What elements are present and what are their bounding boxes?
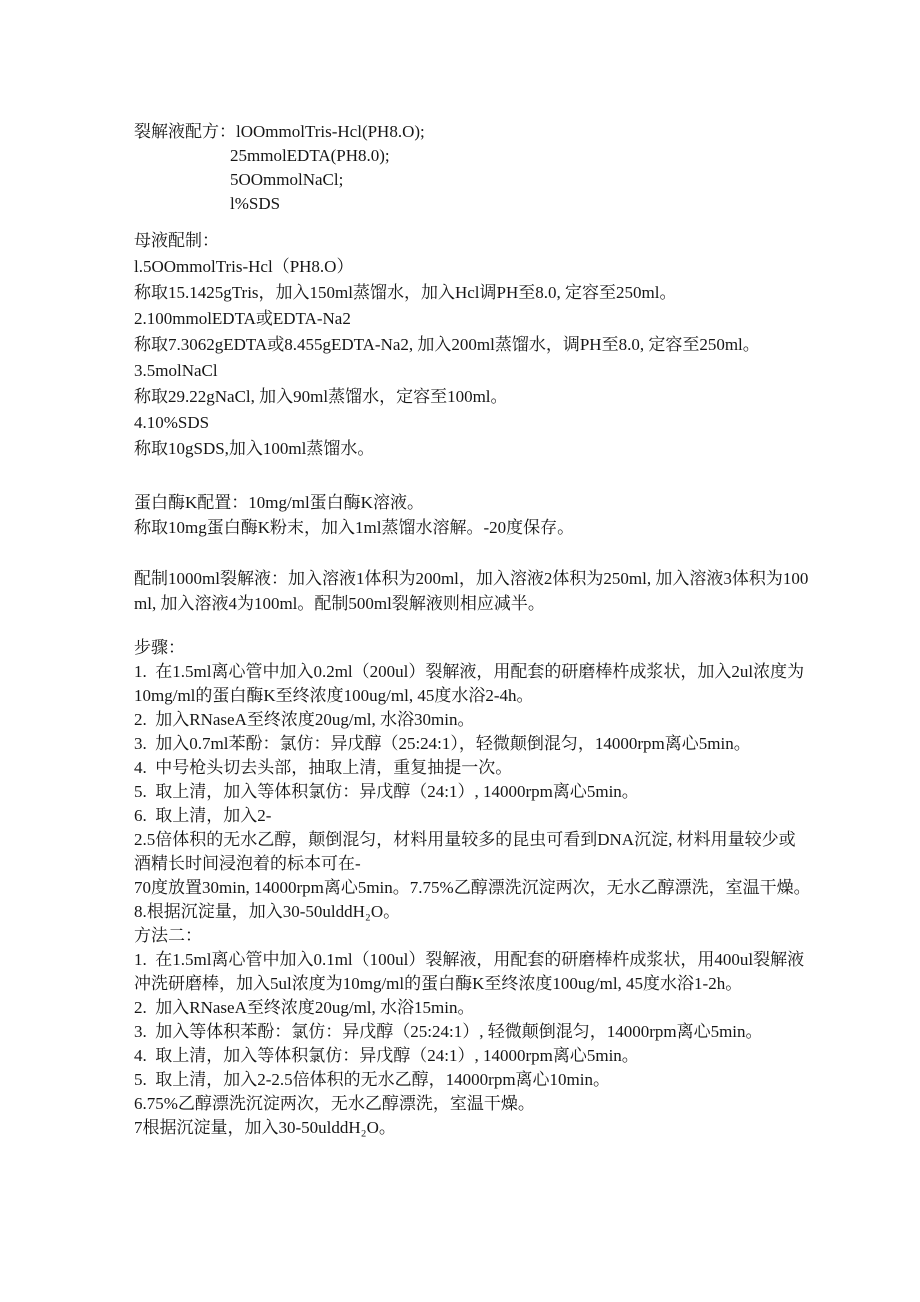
document-page: 裂解液配方：lOOmmolTris-Hcl(PH8.O); 25mmolEDTA… xyxy=(0,0,920,1302)
doc-line: 7根据沉淀量，加入30-50ulddH₂O。 xyxy=(134,1116,920,1140)
doc-line: 1. 在1.5ml离心管中加入0.2ml（200ul）裂解液，用配套的研磨棒杵成… xyxy=(134,660,920,684)
doc-line: ml, 加入溶液4为100ml。配制500ml裂解液则相应减半。 xyxy=(134,591,920,616)
doc-line: 3. 加入0.7ml苯酚：氯仿：异戊醇（25:24:1），轻微颠倒混匀，1400… xyxy=(134,732,920,756)
doc-line: 酒精长时间浸泡着的标本可在- xyxy=(134,852,920,876)
doc-line: 4.10%SDS xyxy=(134,410,920,436)
doc-line: 3.5molNaCl xyxy=(134,358,920,384)
document-content: 裂解液配方：lOOmmolTris-Hcl(PH8.O); 25mmolEDTA… xyxy=(134,120,920,1140)
doc-line: 配制1000ml裂解液：加入溶液1体积为200ml，加入溶液2体积为250ml,… xyxy=(134,566,920,591)
doc-line: 蛋白酶K配置：10mg/ml蛋白酶K溶液。 xyxy=(134,490,920,515)
doc-line: 5. 取上清，加入2-2.5倍体积的无水乙醇，14000rpm离心10min。 xyxy=(134,1068,920,1092)
doc-line: 称取15.1425gTris，加入150ml蒸馏水，加入Hcl调PH至8.0, … xyxy=(134,280,920,306)
doc-line: 称取10mg蛋白酶K粉末，加入1ml蒸馏水溶解。-20度保存。 xyxy=(134,515,920,540)
doc-line: 称取29.22gNaCl, 加入90ml蒸馏水，定容至100ml。 xyxy=(134,384,920,410)
doc-line: 3. 加入等体积苯酚：氯仿：异戊醇（25:24:1）, 轻微颠倒混匀，14000… xyxy=(134,1020,920,1044)
doc-line: 5. 取上清，加入等体积氯仿：异戊醇（24:1）, 14000rpm离心5min… xyxy=(134,780,920,804)
doc-line: 8.根据沉淀量，加入30-50ulddH₂O。 xyxy=(134,900,920,924)
doc-line: 2.5倍体积的无水乙醇，颠倒混匀，材料用量较多的昆虫可看到DNA沉淀, 材料用量… xyxy=(134,828,920,852)
doc-line: 称取7.3062gEDTA或8.455gEDTA-Na2, 加入200ml蒸馏水… xyxy=(134,332,920,358)
doc-line: 2. 加入RNaseA至终浓度20ug/ml, 水浴15min。 xyxy=(134,996,920,1020)
doc-line: l.5OOmmolTris-Hcl（PH8.O） xyxy=(134,254,920,280)
proteinase-k-section: 蛋白酶K配置：10mg/ml蛋白酶K溶液。 称取10mg蛋白酶K粉末，加入1ml… xyxy=(134,490,920,540)
doc-line: 称取10gSDS,加入100ml蒸馏水。 xyxy=(134,436,920,462)
doc-line: 1. 在1.5ml离心管中加入0.1ml（100ul）裂解液，用配套的研磨棒杵成… xyxy=(134,948,920,972)
lysis-recipe-section: 裂解液配方：lOOmmolTris-Hcl(PH8.O); 25mmolEDTA… xyxy=(134,120,920,216)
doc-line: 6.75%乙醇漂洗沉淀两次，无水乙醇漂洗，室温干燥。 xyxy=(134,1092,920,1116)
doc-line: 2. 加入RNaseA至终浓度20ug/ml, 水浴30min。 xyxy=(134,708,920,732)
mixing-section: 配制1000ml裂解液：加入溶液1体积为200ml，加入溶液2体积为250ml,… xyxy=(134,566,920,616)
doc-line: 5OOmmolNaCl; xyxy=(230,168,920,192)
stock-solution-title: 母液配制： xyxy=(134,228,920,254)
method-two-title: 方法二： xyxy=(134,924,920,948)
doc-line: 4. 中号枪头切去头部，抽取上清，重复抽提一次。 xyxy=(134,756,920,780)
doc-line: 2.100mmolEDTA或EDTA-Na2 xyxy=(134,306,920,332)
lysis-recipe-title-line: 裂解液配方：lOOmmolTris-Hcl(PH8.O); xyxy=(134,120,920,144)
doc-line: 25mmolEDTA(PH8.0); xyxy=(230,144,920,168)
method-one-title: 步骤： xyxy=(134,636,920,660)
doc-line: l%SDS xyxy=(230,192,920,216)
stock-solution-section: 母液配制： l.5OOmmolTris-Hcl（PH8.O） 称取15.1425… xyxy=(134,228,920,462)
doc-line: 4. 取上清，加入等体积氯仿：异戊醇（24:1）, 14000rpm离心5min… xyxy=(134,1044,920,1068)
doc-line: 70度放置30min, 14000rpm离心5min。7.75%乙醇漂洗沉淀两次… xyxy=(134,876,920,900)
doc-line: 10mg/ml的蛋白酶K至终浓度100ug/ml, 45度水浴2-4h。 xyxy=(134,684,920,708)
methods-section: 步骤： 1. 在1.5ml离心管中加入0.2ml（200ul）裂解液，用配套的研… xyxy=(134,636,920,1140)
doc-line: 冲洗研磨棒，加入5ul浓度为10mg/ml的蛋白酶K至终浓度100ug/ml, … xyxy=(134,972,920,996)
doc-line: 6. 取上清，加入2- xyxy=(134,804,920,828)
lysis-recipe-items: 25mmolEDTA(PH8.0); 5OOmmolNaCl; l%SDS xyxy=(134,144,920,216)
